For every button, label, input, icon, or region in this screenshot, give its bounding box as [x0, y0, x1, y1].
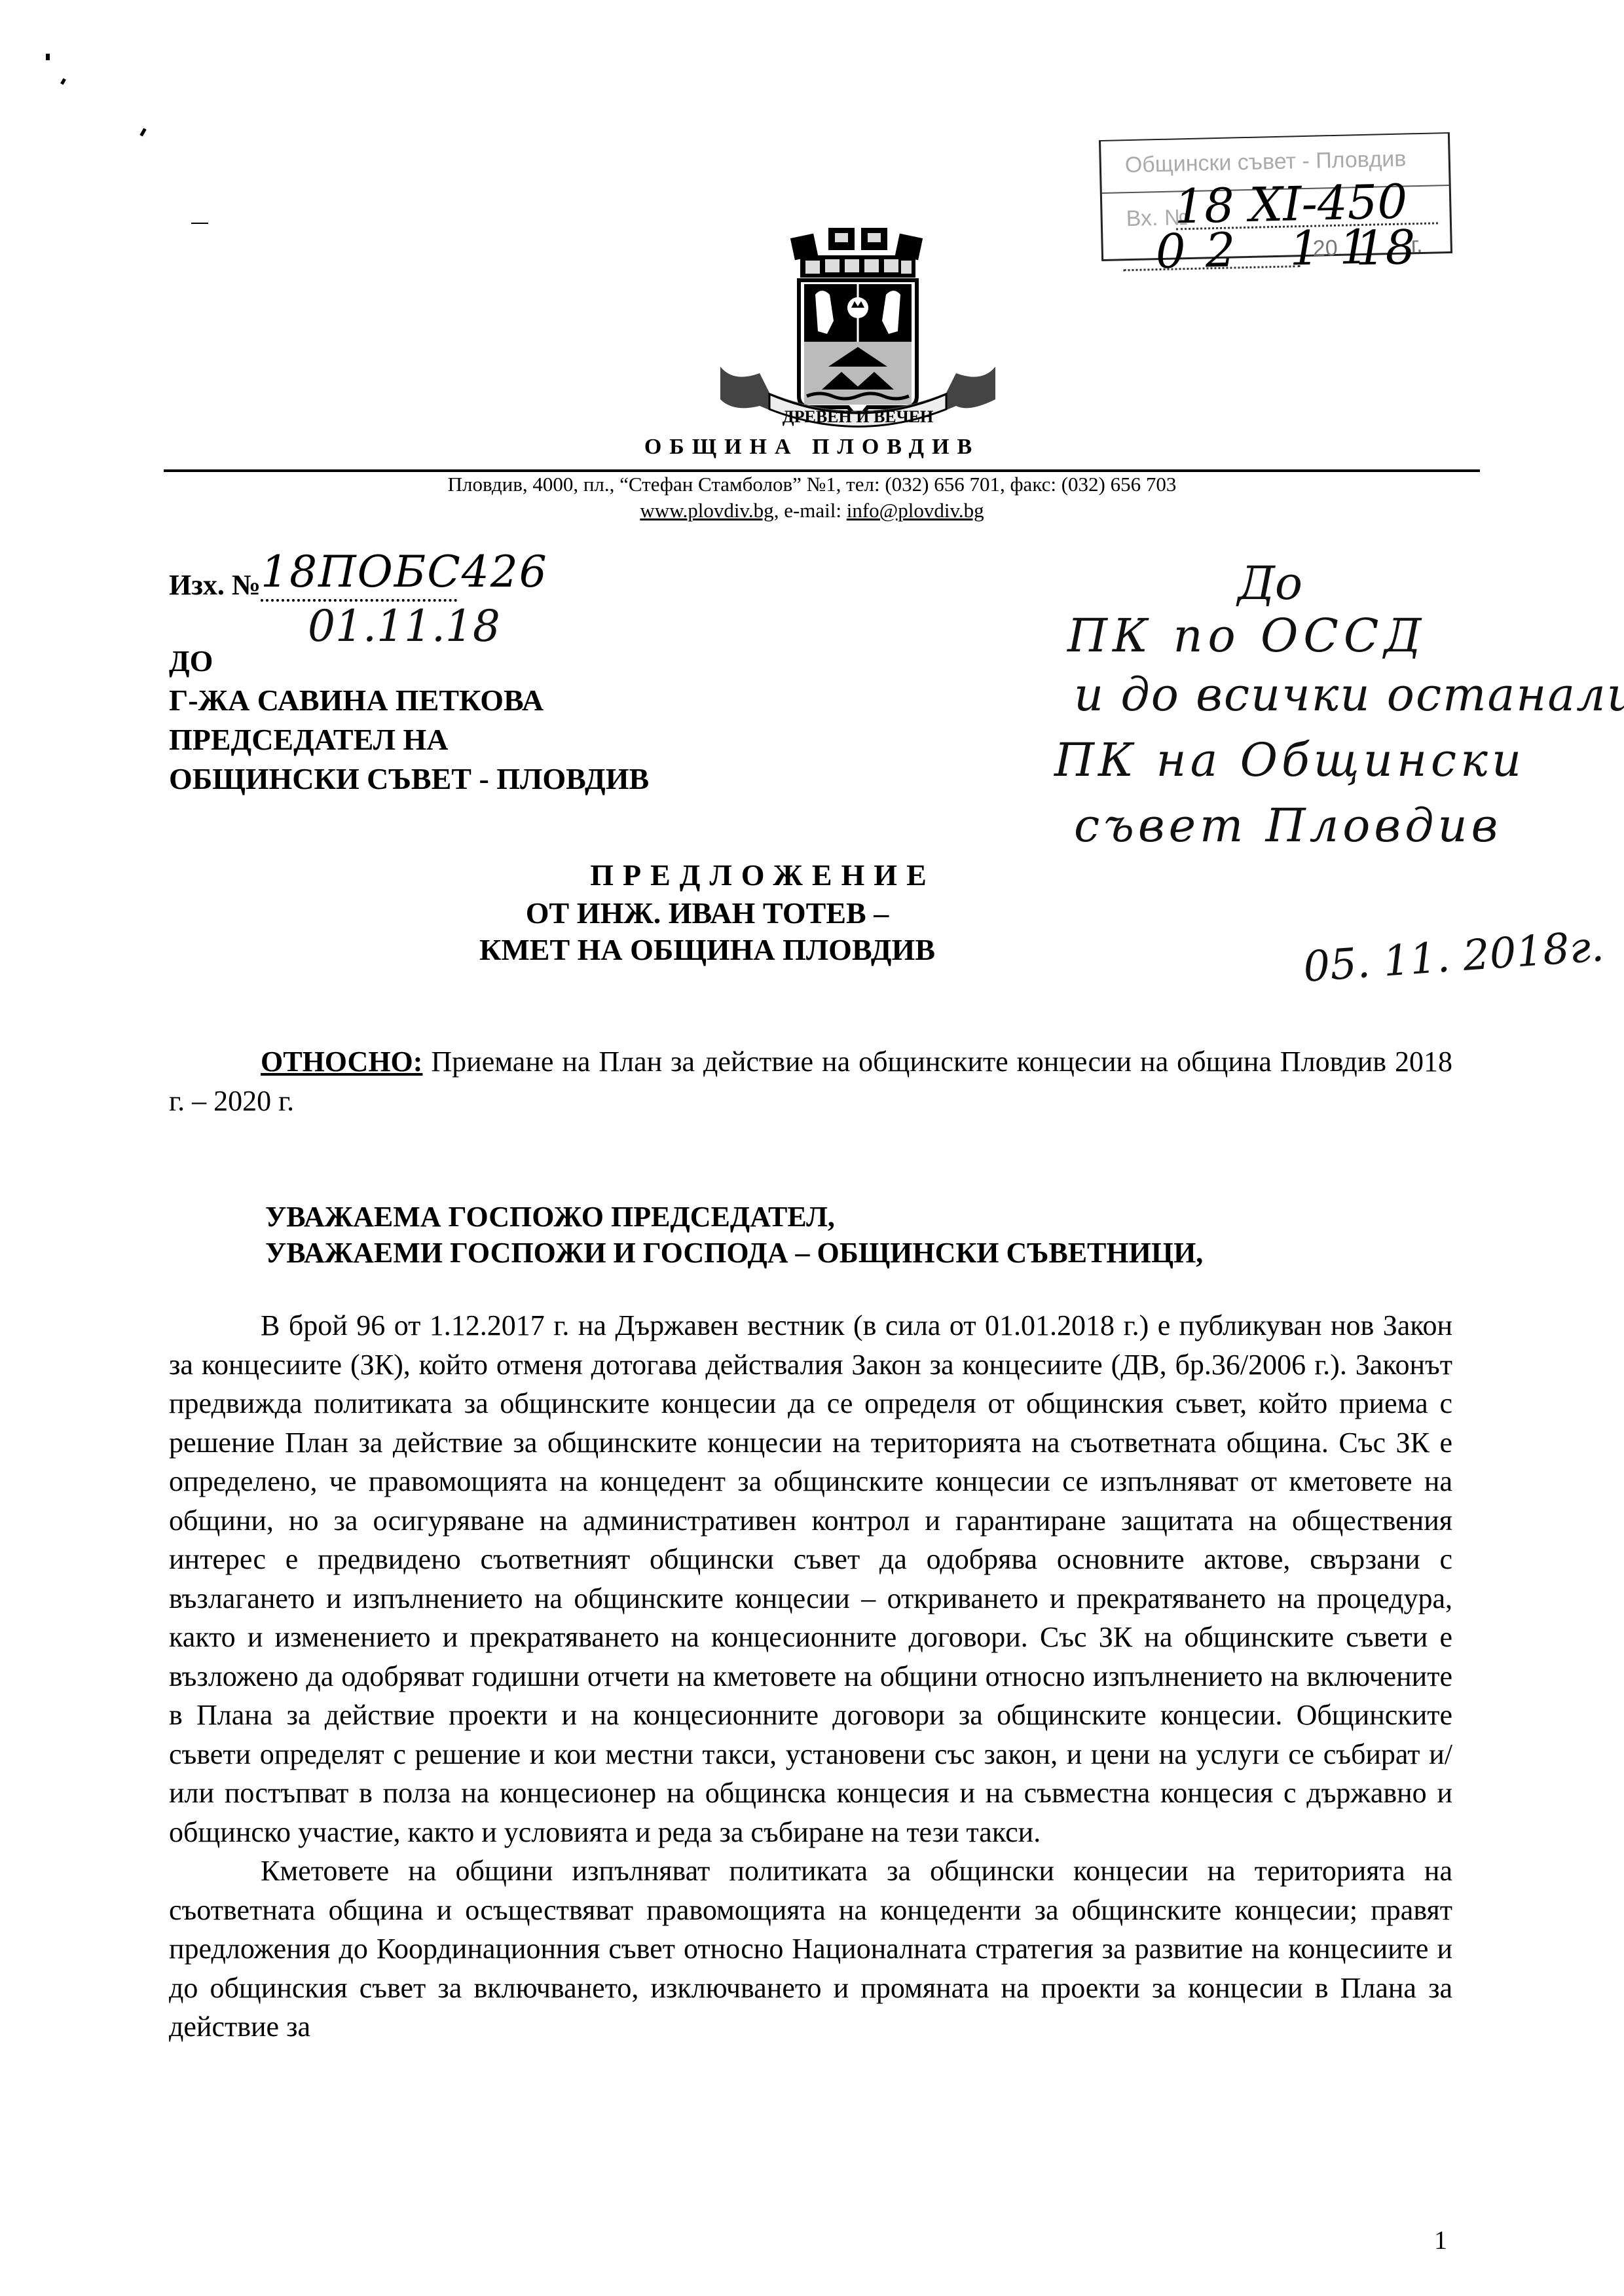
scan-speck — [139, 128, 146, 137]
addressee-to: ДО — [169, 642, 649, 681]
crest-motto: ДРЕВЕН И ВЕЧЕН — [783, 407, 934, 426]
body-paragraph: В брой 96 от 1.12.2017 г. на Държавен ве… — [169, 1306, 1452, 1851]
document-title: ПРЕДЛОЖЕНИЕ — [0, 858, 1401, 892]
letterhead-divider — [164, 469, 1480, 472]
plovdiv-coat-of-arms: ДРЕВЕН И ВЕЧЕН — [707, 203, 995, 445]
email-link[interactable]: info@plovdiv.bg — [847, 499, 984, 522]
stamp-year-suffix: 18 — [1355, 219, 1416, 276]
organization-contacts: www.plovdiv.bg, e-mail: info@plovdiv.bg — [0, 499, 1624, 522]
addressee-name: Г-ЖА САВИНА ПЕТКОВА — [169, 681, 649, 720]
scan-speck — [60, 78, 66, 84]
resolution-line: ПК по ОССД — [1067, 609, 1426, 663]
document-author: ОТ ИНЖ. ИВАН ТОТЕВ – — [0, 896, 1414, 930]
scan-speck — [191, 223, 208, 224]
stamp-institution: Общински съвет - Пловдив — [1124, 146, 1406, 178]
page-number: 1 — [1434, 2225, 1447, 2255]
resolution-line: ПК на Общински — [1054, 733, 1525, 787]
scan-speck — [46, 54, 50, 60]
email-label: , e-mail: — [774, 499, 847, 522]
outgoing-number-label: Изх. № — [169, 569, 261, 601]
subject-block: ОТНОСНО: Приемане на План за действие на… — [169, 1042, 1452, 1121]
addressee-block: ДО Г-ЖА САВИНА ПЕТКОВА ПРЕДСЕДАТЕЛ НА ОБ… — [169, 642, 649, 799]
document-author-position: КМЕТ НА ОБЩИНА ПЛОВДИВ — [0, 932, 1414, 967]
coat-of-arms-icon: ДРЕВЕН И ВЕЧЕН — [707, 203, 995, 445]
resolution-line: До — [1238, 556, 1302, 610]
website-link[interactable]: www.plovdiv.bg — [640, 499, 773, 522]
stamp-year-unit: г. — [1411, 232, 1423, 258]
subject-label: ОТНОСНО: — [261, 1046, 422, 1078]
addressee-body: ОБЩИНСКИ СЪВЕТ - ПЛОВДИВ — [169, 759, 649, 799]
addressee-position: ПРЕДСЕДАТЕЛ НА — [169, 720, 649, 759]
salutation-line: УВАЖАЕМИ ГОСПОЖИ И ГОСПОДА – ОБЩИНСКИ СЪ… — [265, 1236, 1203, 1269]
organization-name: ОБЩИНА ПЛОВДИВ — [0, 435, 1624, 460]
outgoing-number-value: 18ПОБС426 — [261, 547, 548, 597]
registration-stamp: Общински съвет - Пловдив Вх. № 18 XI-450… — [1099, 132, 1452, 261]
body-paragraph: Кметовете на общини изпълняват политикат… — [169, 1851, 1452, 2047]
stamp-year-prefix: 20 — [1312, 236, 1338, 262]
body-text: В брой 96 от 1.12.2017 г. на Държавен ве… — [169, 1306, 1452, 2047]
outgoing-number: Изх. №18ПОБС426 — [169, 568, 457, 602]
resolution-line: и до всички останали — [1074, 668, 1624, 721]
salutation-line: УВАЖАЕМА ГОСПОЖО ПРЕДСЕДАТЕЛ, — [265, 1200, 835, 1233]
resolution-line: съвет Пловдив — [1074, 799, 1502, 852]
organization-address: Пловдив, 4000, пл., “Стефан Стамболов” №… — [0, 473, 1624, 496]
